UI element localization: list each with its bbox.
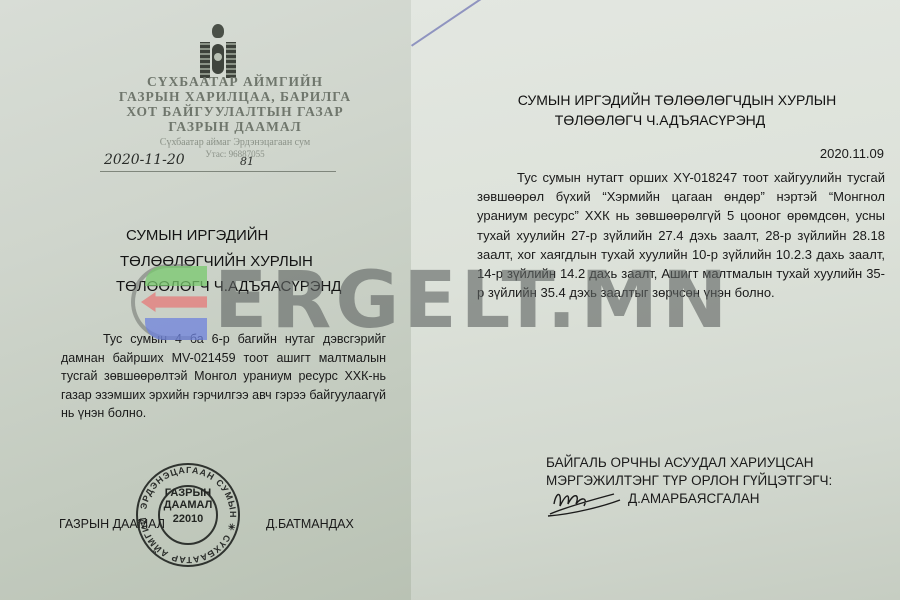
addressee-line-1: СУМЫН ИРГЭДИЙН — [126, 227, 268, 244]
letterhead-address: Сүхбаатар аймаг Эрдэнэцагаан сум — [90, 137, 380, 148]
letterhead-line-4: ГАЗРЫН ДААМАЛ — [90, 119, 380, 135]
right-signatory-name: Д.АМАРБАЯСГАЛАН — [628, 491, 760, 506]
right-date: 2020.11.09 — [820, 146, 884, 161]
letterhead-line-1: СҮХБААТАР АЙМГИЙН — [90, 74, 380, 90]
handwritten-signature-icon — [544, 484, 624, 520]
left-signatory-name: Д.БАТМАНДАХ — [266, 517, 354, 531]
left-body-paragraph: Тус сумын 4 ба 6-р багийн нутаг дэвсгэри… — [61, 330, 386, 423]
right-signatory-title-1: БАЙГАЛЬ ОРЧНЫ АСУУДАЛ ХАРИУЦСАН — [546, 455, 814, 470]
stamp-line-2: ДААМАЛ — [138, 499, 238, 511]
letterhead-divider — [100, 171, 336, 172]
state-emblem-icon — [198, 22, 238, 80]
addressee-line-2: ТӨЛӨӨЛӨГЧИЙН ХУРЛЫН — [120, 253, 313, 270]
letterhead-line-2: ГАЗРЫН ХАРИЛЦАА, БАРИЛГА — [90, 89, 380, 105]
right-header-line-1: СУМЫН ИРГЭДИЙН ТӨЛӨӨЛӨГЧДЫН ХУРЛЫН — [420, 92, 900, 108]
letterhead-line-3: ХОТ БАЙГУУЛАЛТЫН ГАЗАР — [90, 104, 380, 120]
left-body: Тус сумын 4 ба 6-р багийн нутаг дэвсгэри… — [61, 330, 386, 423]
right-header-line-2: ТӨЛӨӨЛӨГЧ Ч.АДЪЯАСҮРЭНД — [420, 112, 900, 128]
official-stamp: ЭРДЭНЭЦАГААН СУМЫН ☀ СҮХБААТАР АЙМГИЙН Г… — [136, 463, 240, 567]
addressee-line-3: ТӨЛӨӨЛӨГЧ Ч.АДЪЯАСҮРЭНД — [116, 278, 341, 295]
handwritten-date: 2020-11-20 — [104, 152, 185, 168]
left-signatory-title: ГАЗРЫН ДААМАЛ — [59, 517, 165, 531]
handwritten-number: 81 — [240, 155, 254, 168]
stamp-line-1: ГАЗРЫН — [138, 487, 238, 499]
right-body-paragraph: Тус сумын нутагт орших XY-018247 тоот ха… — [477, 168, 885, 302]
right-body: Тус сумын нутагт орших XY-018247 тоот ха… — [477, 168, 885, 302]
